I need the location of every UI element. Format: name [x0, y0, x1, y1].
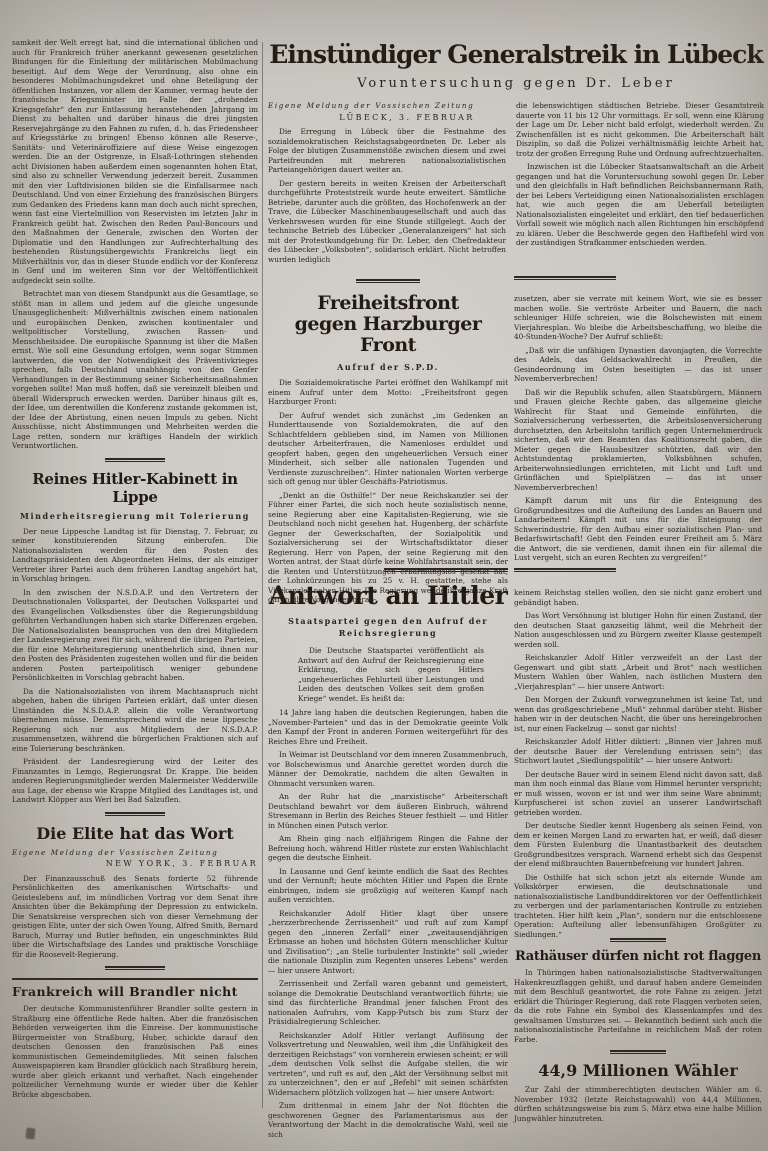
spd-appeal-left: Freiheitsfront gegen Harzburger Front Au…: [268, 279, 508, 609]
paragraph: Kämpft darum mit uns für die Enteignung …: [514, 496, 762, 563]
article-lippe: Reines Hitler-Kabinett in Lippe Minderhe…: [12, 470, 258, 805]
paragraph: In Weimar ist Deutschland vor dem innere…: [268, 750, 508, 788]
section-divider: [514, 276, 616, 280]
article-brandler: Frankreich will Brandler nicht Der deuts…: [12, 978, 258, 1099]
article-subtitle-lippe: Minderheitsregierung mit Tolerierung: [12, 511, 258, 521]
article-french-mobilization: samkeit der Welt erregt hat, sind die in…: [12, 38, 258, 451]
article-title-brandler: Frankreich will Brandler nicht: [12, 978, 258, 999]
section-divider: [384, 568, 508, 572]
section-divider: [105, 966, 165, 970]
section-divider: [610, 1050, 666, 1054]
lead-column-1: Eigene Meldung der Vossischen Zeitung LÜ…: [268, 101, 506, 268]
section-divider: [610, 938, 666, 942]
credit-line: Eigene Meldung der Vossischen Zeitung: [268, 101, 506, 111]
paragraph: An der Ruhr hat die „marxistische“ Arbei…: [268, 792, 508, 830]
paragraph: Die Erregung in Lübeck über die Festnahm…: [268, 127, 506, 175]
paragraph: In Lausanne und Genf keimte endlich die …: [268, 867, 508, 905]
paragraph: Betrachtet man von diesem Standpunkt aus…: [12, 289, 258, 451]
article-title-rathaeuser: Rathäuser dürfen nicht rot flaggen: [514, 949, 762, 964]
paragraph: In den zwischen der N.S.D.A.P. und den V…: [12, 588, 258, 683]
paragraph: Das Wort Versöhnung ist blutiger Hohn fü…: [514, 611, 762, 649]
paragraph: Der deutsche Kommunistenführer Brandler …: [12, 1004, 258, 1099]
section-divider: [514, 568, 616, 572]
antwort-subtitle-line2: Reichsregierung: [268, 628, 508, 638]
lead-subtitle: Voruntersuchung gegen Dr. Leber: [268, 76, 764, 91]
article-title-waehler: 44,9 Millionen Wähler: [514, 1061, 762, 1080]
paragraph: Inzwischen ist die Lübecker Staatsanwalt…: [516, 162, 764, 248]
section-divider: [105, 458, 165, 462]
paragraph: samkeit der Welt erregt hat, sind die in…: [12, 38, 258, 285]
antwort-intro: Die Deutsche Staatspartei veröffentlicht…: [298, 646, 484, 703]
paragraph: zusetzen, aber sie verrate mit keinem Wo…: [514, 294, 762, 342]
paragraph: Reichskanzler Adolf Hitler verzweifelt a…: [514, 653, 762, 691]
lead-article: Einstündiger Generalstreik in Lübeck Vor…: [268, 40, 764, 268]
paragraph: Reichskanzler Adolf Hitler diktiert: „Bi…: [514, 737, 762, 766]
newspaper-page: samkeit der Welt erregt hat, sind die in…: [0, 0, 768, 1151]
lead-column-2: die lebenswichtigen städtischen Betriebe…: [516, 101, 764, 268]
paragraph: Reichskanzler Adolf Hitler klagt über un…: [268, 909, 508, 976]
article-title-elite: Die Elite hat das Wort: [12, 824, 258, 843]
paragraph: Zerrissenheit und Zerfall waren gebannt …: [268, 979, 508, 1027]
paragraph: Die Osthilfe hat sich schon jetzt als ei…: [514, 873, 762, 940]
paragraph: Daß wir die Republik schufen, allen Staa…: [514, 388, 762, 493]
dateline: NEW YORK, 3. FEBRUAR: [12, 859, 258, 869]
credit-line: Eigene Meldung der Vossischen Zeitung: [12, 848, 258, 858]
paragraph: die lebenswichtigen städtischen Betriebe…: [516, 101, 764, 158]
section-divider: [105, 812, 165, 816]
article-rathaeuser: Rathäuser dürfen nicht rot flaggen In Th…: [514, 949, 762, 1044]
paragraph: Der deutsche Siedler kennt Hugenberg als…: [514, 821, 762, 869]
article-waehler: 44,9 Millionen Wähler Zur Zahl der stimm…: [514, 1061, 762, 1123]
paragraph: Reichskanzler Adolf Hitler verlangt Aufl…: [268, 1031, 508, 1098]
article-title-lippe: Reines Hitler-Kabinett in Lippe: [12, 470, 258, 506]
print-artifact: [25, 1128, 35, 1140]
dateline: LÜBECK, 3. FEBRUAR: [268, 113, 506, 123]
spd-appeal-right: zusetzen, aber sie verrate mit keinem Wo…: [514, 276, 762, 567]
paragraph: Präsident der Landesregierung wird der L…: [12, 757, 258, 805]
antwort-subtitle-line1: Staatspartei gegen den Aufruf der: [268, 616, 508, 626]
paragraph: Den Morgen der Zukunft vorwegzunehmen is…: [514, 695, 762, 733]
paragraph: Zum drittenmal in einem Jahr der Not flü…: [268, 1101, 508, 1139]
paragraph: Der neue Lippesche Landtag ist für Diens…: [12, 527, 258, 584]
article-elite: Die Elite hat das Wort Eigene Meldung de…: [12, 824, 258, 960]
paragraph: Der deutsche Bauer wird in seinem Elend …: [514, 770, 762, 818]
antwort-article-right: keinem Reichstag stellen wollen, den sie…: [514, 568, 762, 943]
lead-headline: Einstündiger Generalstreik in Lübeck: [268, 40, 764, 69]
paragraph: Der Aufruf wendet sich zunächst „im Gede…: [268, 411, 508, 487]
antwort-article-left: Antwort an Hitler Staatspartei gegen den…: [268, 568, 508, 1143]
lead-columns: Eigene Meldung der Vossischen Zeitung LÜ…: [268, 101, 764, 268]
paragraph: Der Finanzausschuß des Senats forderte 5…: [12, 874, 258, 960]
paragraph: Die Sozialdemokratische Partei eröffnet …: [268, 378, 508, 407]
spd-subtitle: Aufruf der S.P.D.: [268, 362, 508, 372]
paragraph: Am Rhein ging nach elfjährigem Ringen di…: [268, 834, 508, 863]
paragraph: Der gestern bereits in weiten Kreisen de…: [268, 179, 506, 265]
left-column: samkeit der Welt erregt hat, sind die in…: [12, 38, 258, 1103]
paragraph: 14 Jahre lang haben die deutschen Regier…: [268, 708, 508, 746]
section-divider: [356, 279, 420, 283]
paragraph: In Thüringen haben nationalsozialistisch…: [514, 968, 762, 1044]
spd-title-line2: gegen Harzburger Front: [268, 314, 508, 356]
paragraph: Da die Nationalsozialisten von ihrem Mac…: [12, 687, 258, 754]
column-rule: [262, 42, 263, 1108]
antwort-headline: Antwort an Hitler: [268, 581, 508, 610]
paragraph: keinem Reichstag stellen wollen, den sie…: [514, 588, 762, 607]
paragraph: Zur Zahl der stimmberechtigten deutschen…: [514, 1085, 762, 1123]
bottom-right-column: Rathäuser dürfen nicht rot flaggen In Th…: [514, 938, 762, 1127]
paragraph: „Daß wir die unfähigen Dynastien davonja…: [514, 346, 762, 384]
spd-title-line1: Freiheitsfront: [268, 293, 508, 314]
